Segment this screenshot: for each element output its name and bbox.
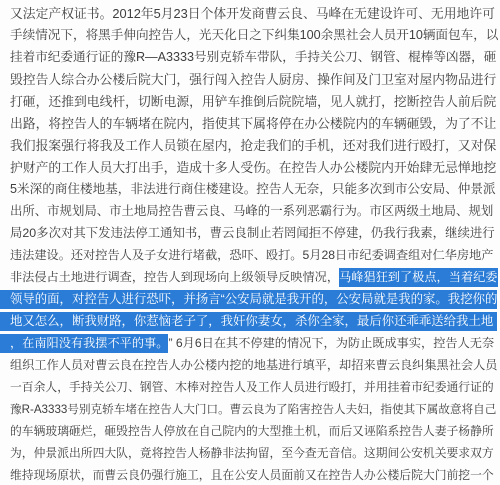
text-segment: 组织工作人员对曹云良在控告人办公楼内挖的地基进行填平，却招来曹云良纠集黑社会人员 bbox=[10, 356, 498, 375]
text-segment: 为，仲景派出所四大队，竟将控告人杨静非法拘留，至今查无音信。这期间公安机关要求双… bbox=[10, 444, 494, 463]
text-line: 维持现场原状，而曹云良仍强行施工，且在公安人员面前又在控告人办公楼后院大门前挖一… bbox=[10, 464, 497, 485]
text-line: 5米深的商住楼地基，非法进行商住楼建设。控告人无奈，只能多次到市公安局、仲景派 bbox=[10, 178, 497, 200]
text-line: 我们报案强行将我及工作人员锁在屋内，抢走我们的手机，还对我们进行殴打，又对保 bbox=[10, 134, 497, 156]
text-line: 护财产的工作人员大打出手，造成十多人受伤。在控告人办公楼院内开始肆无忌惮地挖 bbox=[10, 156, 497, 178]
text-line: 毁控告人综合办公楼后院大门，强行闯入控告人厨房、操作间及门卫室对屋内物品进行 bbox=[10, 68, 497, 90]
highlighted-text-segment: 地又怎么，断我财路，你惹恼老子了，我奸你妻女，杀你全家，最后你还乖乖送给我土地 bbox=[0, 312, 497, 331]
text-segment: 的车辆玻璃砸烂，砸毁控告人停放在自己院内的大型推土机，而后又诬陷系控告人妻子杨静… bbox=[10, 422, 494, 441]
text-segment: 维持现场原状，而曹云良仍强行施工，且在公安人员面前又在控告人办公楼后院大门前挖一… bbox=[10, 466, 494, 485]
text-segment: 手续情况下，将黑手伸向控告人，光天化日之下纠集100余黑社会人员开10辆面包车，… bbox=[10, 26, 498, 45]
text-line: 为，仲景派出所四大队，竟将控告人杨静非法拘留，至今查无音信。这期间公安机关要求双… bbox=[10, 442, 497, 464]
text-line: 领导的面，对控告人进行恐吓，并扬言“公安局就是我开的，公安局就是我的家。我挖你的 bbox=[10, 288, 497, 310]
text-segment: 护财产的工作人员大打出手，造成十多人受伤。在控告人办公楼院内开始肆无忌惮地挖 bbox=[10, 158, 496, 177]
text-line: 违法建设。还对控告人及子女进行堵截，恐吓、殴打。5月28日市纪委调查组对仁华房地… bbox=[10, 244, 497, 266]
text-line: 非法侵占土地进行调查，控告人到现场向上级领导反映情况，马峰猖狂到了极点，当着纪委 bbox=[10, 266, 497, 288]
text-segment: 出所、市规划局、市土地局控告曹云良、马峰的一系列恶霸行为。市区两级土地局、规划 bbox=[10, 202, 493, 221]
text-segment: ” 6月6日在其不停建的情况下，为防止既成事实，控告人无奈 bbox=[168, 334, 494, 353]
text-line: 的车辆玻璃砸烂，砸毁控告人停放在自己院内的大型推土机，而后又诬陷系控告人妻子杨静… bbox=[10, 420, 497, 442]
highlighted-text-segment: 领导的面，对控告人进行恐吓，并扬言“公安局就是我开的，公安局就是我的家。我挖你的 bbox=[0, 290, 497, 309]
text-line: 一百余人，手持关公刀、钢管、木棒对控告人及工作人员进行殴打，并用挂着市纪委通行证… bbox=[10, 376, 497, 398]
text-segment: 非法侵占土地进行调查，控告人到现场向上级领导反映情况， bbox=[10, 268, 339, 287]
highlighted-text-segment: 马峰猖狂到了极点，当着纪委 bbox=[339, 268, 497, 287]
text-segment: 5米深的商住楼地基，非法进行商住楼建设。控告人无奈，只能多次到市公安局、仲景派 bbox=[10, 180, 496, 199]
text-line: 出所、市规划局、市土地局控告曹云良、马峰的一系列恶霸行为。市区两级土地局、规划 bbox=[10, 200, 497, 222]
text-line: 打砸，还推到电线杆，切断电源，用铲车推倒后院院墙，见人就打，挖断控告人前后院 bbox=[10, 90, 497, 112]
text-line: ，在南阳没有我摆不平的事。” 6月6日在其不停建的情况下，为防止既成事实，控告人… bbox=[10, 332, 497, 354]
text-segment: 又法定产权证书。2012年5月23日个体开发商曹云良、马峰在无建设许可、无用地许… bbox=[10, 4, 495, 23]
document-text: 又法定产权证书。2012年5月23日个体开发商曹云良、马峰在无建设许可、无用地许… bbox=[0, 0, 500, 485]
text-line: 组织工作人员对曹云良在控告人办公楼内挖的地基进行填平，却招来曹云良纠集黑社会人员 bbox=[10, 354, 497, 376]
text-line: 豫R-A3333号别克轿车堵在控告人大门口。曹云良为了陷害控告人夫妇，指使其下属… bbox=[10, 398, 497, 420]
text-segment: 我们报案强行将我及工作人员锁在屋内，抢走我们的手机，还对我们进行殴打，又对保 bbox=[10, 136, 496, 155]
text-line: 手续情况下，将黑手伸向控告人，光天化日之下纠集100余黑社会人员开10辆面包车，… bbox=[10, 24, 497, 46]
text-segment: 豫R-A3333号别克轿车堵在控告人大门口。曹云良为了陷害控告人夫妇，指使其下属… bbox=[10, 400, 496, 419]
text-segment: 局20多次对其下发违法停工通知书，曹云良制止若罔闻拒不停建，仍我行我素，继续进行 bbox=[10, 224, 495, 243]
text-segment: 毁控告人综合办公楼后院大门，强行闯入控告人厨房、操作间及门卫室对屋内物品进行 bbox=[10, 70, 496, 89]
text-segment: 挂着市纪委通行证的豫R—A3333号别克轿车带队，手持关公刀、钢管、棍棒等凶器，… bbox=[10, 48, 496, 67]
text-line: 地又怎么，断我财路，你惹恼老子了，我奸你妻女，杀你全家，最后你还乖乖送给我土地 bbox=[10, 310, 497, 332]
text-segment: 打砸，还推到电线杆，切断电源，用铲车推倒后院院墙，见人就打，挖断控告人前后院 bbox=[10, 92, 496, 111]
text-line: 挂着市纪委通行证的豫R—A3333号别克轿车带队，手持关公刀、钢管、棍棒等凶器，… bbox=[10, 46, 497, 68]
text-line: 出路，将控告人的车辆堵在院内，指使其下属将停在办公楼院内的车辆砸毁，为了不让 bbox=[10, 112, 497, 134]
text-segment: 一百余人，手持关公刀、钢管、木棒对控告人及工作人员进行殴打，并用挂着市纪委通行证… bbox=[10, 378, 494, 397]
highlighted-text-segment: ，在南阳没有我摆不平的事。 bbox=[0, 334, 168, 353]
text-segment: 违法建设。还对控告人及子女进行堵截，恐吓、殴打。5月28日市纪委调查组对仁华房地… bbox=[10, 246, 493, 265]
text-line: 局20多次对其下发违法停工通知书，曹云良制止若罔闻拒不停建，仍我行我素，继续进行 bbox=[10, 222, 497, 244]
text-line: 又法定产权证书。2012年5月23日个体开发商曹云良、马峰在无建设许可、无用地许… bbox=[10, 2, 497, 24]
text-segment: 出路，将控告人的车辆堵在院内，指使其下属将停在办公楼院内的车辆砸毁，为了不让 bbox=[10, 114, 496, 133]
